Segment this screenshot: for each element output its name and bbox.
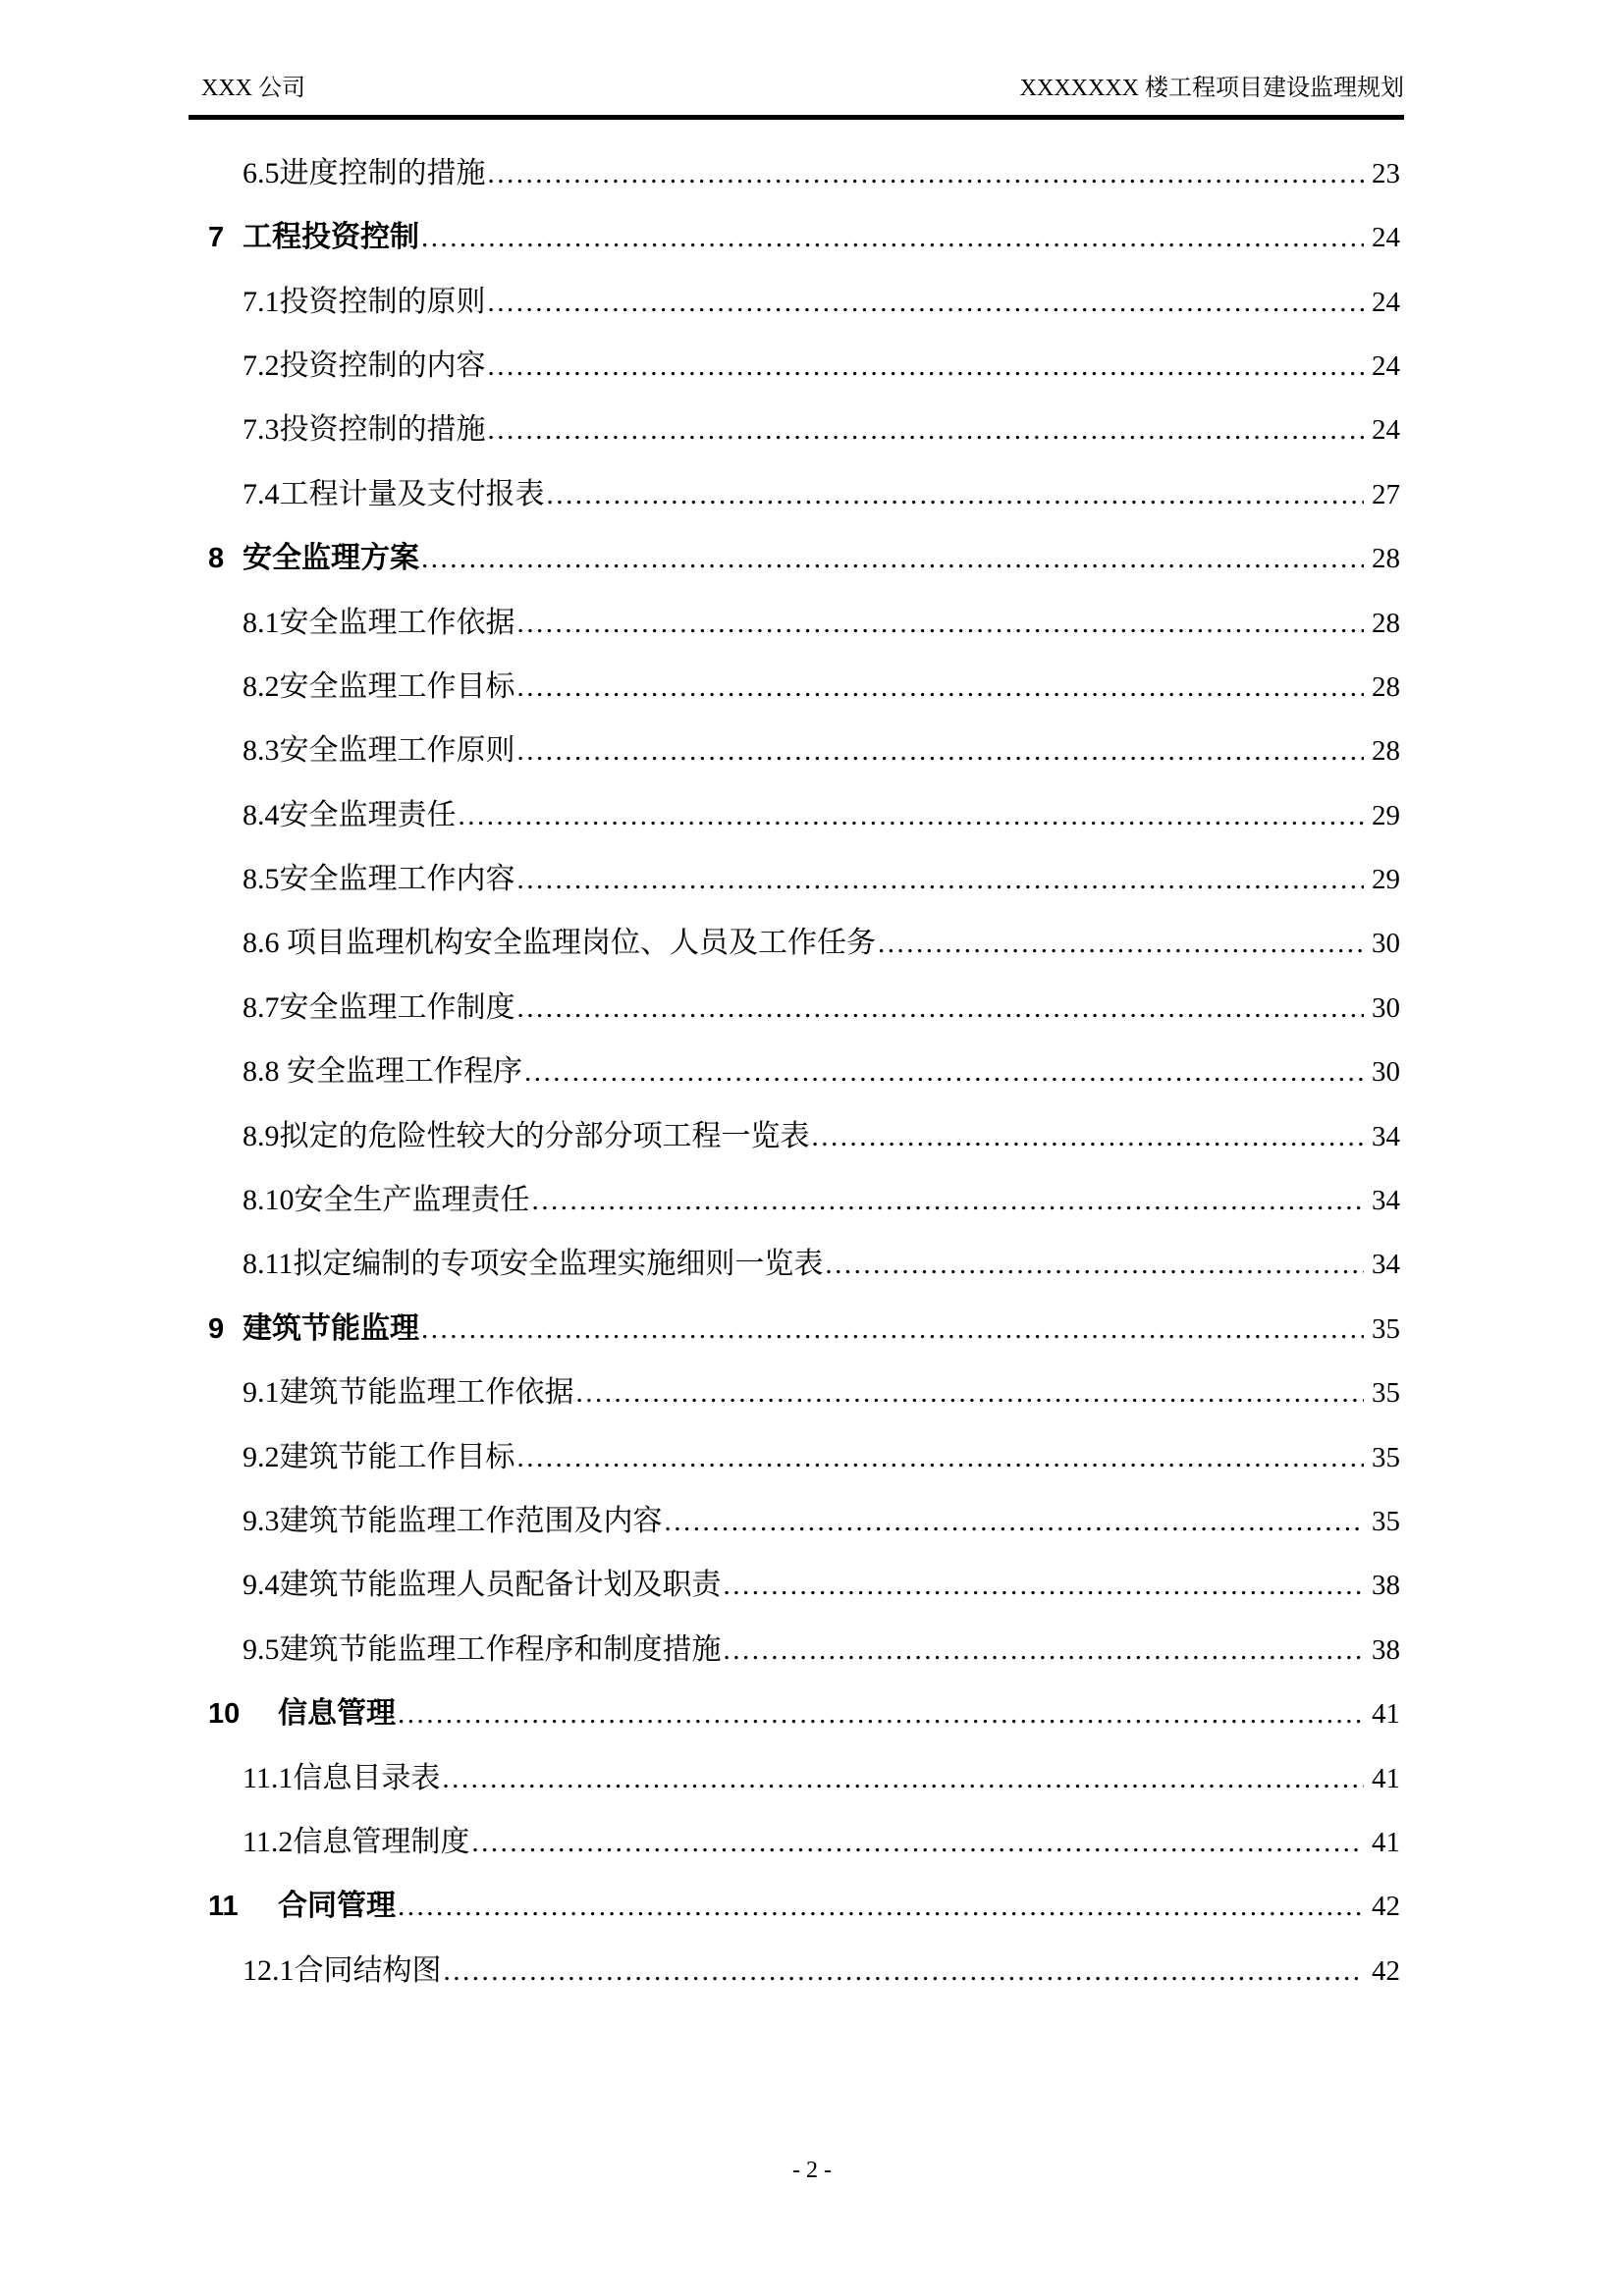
toc-entry-title: 7.1投资控制的原则 [243, 270, 486, 334]
toc-entry-title: 9.5建筑节能监理工作程序和制度措施 [243, 1618, 722, 1682]
header-document-title: XXXXXXX 楼工程项目建设监理规划 [1020, 75, 1404, 103]
toc-page-number: 35 [1372, 1490, 1400, 1554]
toc-row[interactable]: 8.7安全监理工作制度30 [208, 976, 1400, 1040]
toc-row[interactable]: 8.1安全监理工作依据28 [208, 591, 1400, 655]
toc-entry-title: 7.2投资控制的内容 [243, 334, 486, 398]
toc-leader-dots [517, 719, 1365, 783]
toc-leader-dots [421, 526, 1364, 591]
toc-entry-title: 11.2信息管理制度 [243, 1810, 469, 1874]
toc-entry-number: 11 [208, 1875, 278, 1939]
toc-page-number: 35 [1372, 1298, 1400, 1362]
toc-leader-dots [517, 655, 1365, 720]
toc-page-number: 38 [1372, 1619, 1400, 1682]
toc-page-number: 34 [1372, 1233, 1400, 1297]
toc-entry-title: 8.3安全监理工作原则 [243, 719, 515, 782]
toc-page-number: 24 [1372, 206, 1400, 270]
toc-row[interactable]: 9.4建筑节能监理人员配备计划及职责38 [208, 1553, 1400, 1617]
toc-page-number: 29 [1372, 848, 1400, 912]
toc-entry-title: 8.10安全生产监理责任 [243, 1168, 530, 1232]
toc-entry-title: 8.8 安全监理工作程序 [243, 1040, 522, 1103]
toc-entry-title: 工程投资控制 [243, 205, 419, 269]
toc-entry-title: 11.1信息目录表 [243, 1746, 440, 1810]
toc-row[interactable]: 9.3建筑节能监理工作范围及内容35 [208, 1489, 1400, 1553]
toc-page-number: 41 [1372, 1747, 1400, 1811]
toc-entry-title: 8.9拟定的危险性较大的分部分项工程一览表 [243, 1104, 810, 1168]
page-header: XXX 公司 XXXXXXX 楼工程项目建设监理规划 [189, 0, 1404, 120]
toc-row[interactable]: 8.2安全监理工作目标28 [208, 655, 1400, 719]
toc-entry-title: 9.1建筑节能监理工作依据 [243, 1361, 574, 1424]
toc-entry-title: 合同管理 [278, 1874, 396, 1938]
toc-leader-dots [825, 1232, 1364, 1297]
toc-page-number: 34 [1372, 1105, 1400, 1169]
toc-page-number: 24 [1372, 271, 1400, 335]
toc-row[interactable]: 11合同管理42 [208, 1874, 1400, 1938]
toc-page-number: 28 [1372, 527, 1400, 591]
toc-page-number: 35 [1372, 1426, 1400, 1490]
toc-page-number: 42 [1372, 1875, 1400, 1939]
toc-page-number: 38 [1372, 1554, 1400, 1618]
toc-row[interactable]: 12.1合同结构图42 [208, 1939, 1400, 2002]
document-page: XXX 公司 XXXXXXX 楼工程项目建设监理规划 6.5进度控制的措施237… [0, 0, 1624, 2296]
toc-entry-title: 9.4建筑节能监理人员配备计划及职责 [243, 1553, 722, 1617]
toc: 6.5进度控制的措施237工程投资控制247.1投资控制的原则247.2投资控制… [208, 141, 1400, 2002]
toc-page-number: 41 [1372, 1811, 1400, 1875]
toc-entry-title: 7.4工程计量及支付报表 [243, 462, 545, 526]
toc-page-number: 41 [1372, 1682, 1400, 1746]
toc-row[interactable]: 8安全监理方案28 [208, 526, 1400, 590]
toc-page-number: 34 [1372, 1169, 1400, 1233]
toc-leader-dots [398, 1874, 1364, 1939]
toc-row[interactable]: 6.5进度控制的措施23 [208, 141, 1400, 205]
toc-row[interactable]: 8.6 项目监理机构安全监理岗位、人员及工作任务30 [208, 911, 1400, 975]
toc-leader-dots [488, 398, 1365, 462]
toc-leader-dots [665, 1489, 1365, 1554]
footer-page-number: - 2 - [792, 2158, 832, 2183]
toc-entry-title: 6.5进度控制的措施 [243, 141, 486, 205]
toc-entry-title: 9.3建筑节能监理工作范围及内容 [243, 1489, 663, 1553]
toc-entry-number: 7 [208, 206, 243, 270]
toc-leader-dots [488, 334, 1365, 399]
toc-entry-title: 7.3投资控制的措施 [243, 398, 486, 461]
toc-leader-dots [517, 1425, 1365, 1490]
toc-row[interactable]: 8.8 安全监理工作程序30 [208, 1040, 1400, 1103]
toc-leader-dots [517, 976, 1365, 1041]
toc-entry-title: 8.2安全监理工作目标 [243, 655, 515, 719]
page-footer: - 2 - [0, 2158, 1624, 2184]
toc-leader-dots [517, 591, 1365, 656]
toc-page-number: 24 [1372, 399, 1400, 462]
toc-row[interactable]: 11.1信息目录表41 [208, 1746, 1400, 1810]
toc-leader-dots [532, 1168, 1365, 1233]
toc-row[interactable]: 10信息管理41 [208, 1682, 1400, 1745]
toc-leader-dots [421, 1297, 1364, 1362]
toc-row[interactable]: 8.11拟定编制的专项安全监理实施细则一览表34 [208, 1232, 1400, 1296]
toc-entry-number: 8 [208, 527, 243, 591]
toc-leader-dots [724, 1553, 1365, 1618]
toc-row[interactable]: 7工程投资控制24 [208, 205, 1400, 269]
toc-page-number: 30 [1372, 1041, 1400, 1104]
toc-row[interactable]: 8.9拟定的危险性较大的分部分项工程一览表34 [208, 1104, 1400, 1168]
toc-entry-title: 信息管理 [278, 1682, 396, 1745]
toc-leader-dots [421, 205, 1364, 270]
toc-row[interactable]: 7.2投资控制的内容24 [208, 334, 1400, 398]
toc-leader-dots [471, 1810, 1364, 1875]
toc-entry-title: 安全监理方案 [243, 526, 419, 590]
toc-row[interactable]: 7.3投资控制的措施24 [208, 398, 1400, 461]
toc-page-number: 23 [1372, 142, 1400, 206]
toc-row[interactable]: 8.5安全监理工作内容29 [208, 847, 1400, 911]
toc-page-number: 35 [1372, 1362, 1400, 1425]
toc-row[interactable]: 11.2信息管理制度41 [208, 1810, 1400, 1874]
toc-page-number: 29 [1372, 784, 1400, 848]
header-company-name: XXX 公司 [201, 75, 305, 103]
toc-leader-dots [576, 1361, 1365, 1425]
toc-page-number: 30 [1372, 977, 1400, 1041]
toc-page-number: 30 [1372, 912, 1400, 976]
toc-leader-dots [488, 141, 1365, 206]
toc-entry-title: 8.1安全监理工作依据 [243, 591, 515, 655]
toc-page-number: 28 [1372, 592, 1400, 656]
toc-entry-title: 9.2建筑节能工作目标 [243, 1425, 515, 1489]
toc-row[interactable]: 8.10安全生产监理责任34 [208, 1168, 1400, 1232]
toc-row[interactable]: 8.4安全监理责任29 [208, 783, 1400, 847]
toc-entry-title: 8.7安全监理工作制度 [243, 976, 515, 1040]
toc-row[interactable]: 9.2建筑节能工作目标35 [208, 1425, 1400, 1489]
toc-leader-dots [524, 1040, 1364, 1104]
toc-leader-dots [812, 1104, 1365, 1169]
toc-entry-number: 9 [208, 1298, 243, 1362]
toc-row[interactable]: 9建筑节能监理35 [208, 1297, 1400, 1361]
toc-entry-title: 8.5安全监理工作内容 [243, 847, 515, 911]
toc-leader-dots [547, 462, 1365, 527]
toc-leader-dots [459, 783, 1365, 848]
toc-page-number: 27 [1372, 463, 1400, 527]
toc-page-number: 28 [1372, 656, 1400, 720]
toc-leader-dots [442, 1746, 1364, 1811]
toc-page-number: 42 [1372, 1940, 1400, 2003]
toc-leader-dots [517, 847, 1365, 912]
toc-page-number: 28 [1372, 720, 1400, 783]
toc-entry-title: 8.6 项目监理机构安全监理岗位、人员及工作任务 [243, 911, 876, 975]
toc-row[interactable]: 8.3安全监理工作原则28 [208, 719, 1400, 782]
toc-leader-dots [878, 911, 1364, 976]
toc-leader-dots [444, 1939, 1365, 2003]
toc-entry-number: 10 [208, 1682, 278, 1746]
toc-entry-title: 8.4安全监理责任 [243, 783, 457, 847]
toc-row[interactable]: 9.5建筑节能监理工作程序和制度措施38 [208, 1618, 1400, 1682]
toc-page-number: 24 [1372, 335, 1400, 399]
toc-entry-title: 12.1合同结构图 [243, 1939, 442, 2002]
toc-entry-title: 8.11拟定编制的专项安全监理实施细则一览表 [243, 1232, 823, 1296]
toc-leader-dots [398, 1682, 1364, 1746]
toc-row[interactable]: 7.4工程计量及支付报表27 [208, 462, 1400, 526]
toc-entry-title: 建筑节能监理 [243, 1297, 419, 1361]
toc-leader-dots [724, 1618, 1365, 1682]
toc-row[interactable]: 7.1投资控制的原则24 [208, 270, 1400, 334]
toc-leader-dots [488, 270, 1365, 335]
toc-row[interactable]: 9.1建筑节能监理工作依据35 [208, 1361, 1400, 1424]
